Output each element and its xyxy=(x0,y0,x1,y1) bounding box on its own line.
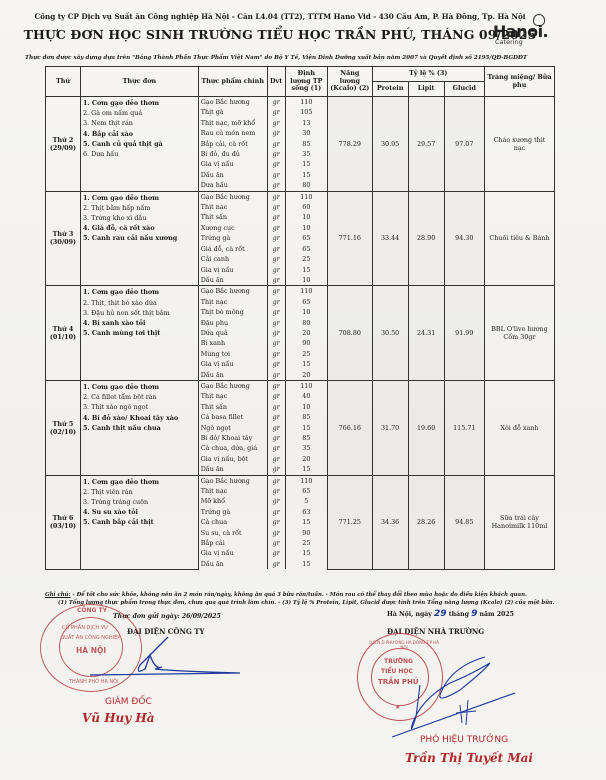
dish-item: 2. Thịt viên rán xyxy=(83,487,196,497)
ingredient-quantity: 10 xyxy=(285,307,327,317)
header-dessert: Tráng miệng/ Bữa phụ xyxy=(484,67,554,97)
stamp-text: CÔNG TY xyxy=(77,607,107,614)
ingredient-unit: gr xyxy=(267,486,285,496)
ingredient-unit: gr xyxy=(267,307,285,317)
ingredient-name: Dứa quả xyxy=(198,328,267,338)
ingredient-quantity: 20 xyxy=(285,328,327,338)
header-unit: Dvt xyxy=(267,67,285,97)
ingredient-quantity: 15 xyxy=(285,423,327,433)
lipid-value: 19.60 xyxy=(408,380,444,475)
ingredient-quantity: 15 xyxy=(285,359,327,369)
day-label: Thứ 5 xyxy=(48,420,78,428)
protein-value: 30.50 xyxy=(372,286,408,381)
day-cell: Thứ 2(29/09) xyxy=(46,97,81,192)
ingredient-name: Thịt nạc xyxy=(198,486,267,496)
ingredient-name: Thịt nạc xyxy=(198,391,267,401)
ingredient-name: Thịt nạc, mỡ khổ xyxy=(198,118,267,128)
ingredient-name: Su su, cà rốt xyxy=(198,528,267,538)
dish-item: 5. Canh rau cải nấu xương xyxy=(83,233,196,243)
ingredient-quantity: 60 xyxy=(285,202,327,212)
ingredient-unit: gr xyxy=(267,349,285,359)
ingredient-unit: gr xyxy=(267,328,285,338)
ingredient-unit: gr xyxy=(267,391,285,401)
dish-item: 5. Canh củ quả thịt gà xyxy=(83,139,196,149)
dish-item: 3. Nem thịt rán xyxy=(83,118,196,128)
dish-item: 5. Canh thịt nấu chua xyxy=(83,423,196,433)
table-row: Thứ 5(02/10)1. Cơm gạo dẻo thơm2. Cá fil… xyxy=(46,380,555,391)
note-label: Ghi chú: xyxy=(45,592,71,598)
ingredient-name: Cà chua, dứa, giá xyxy=(198,443,267,453)
ingredient-name: Dầu ăn xyxy=(198,370,267,381)
ingredient-name: Gạo Bắc hương xyxy=(198,97,267,108)
ingredient-unit: gr xyxy=(267,402,285,412)
ingredient-unit: gr xyxy=(267,548,285,558)
ingredient-name: Bí xanh xyxy=(198,338,267,348)
dish-item: 1. Cơm gạo dẻo thơm xyxy=(83,193,196,203)
ingredient-quantity: 15 xyxy=(285,464,327,475)
ingredient-name: Thịt nạc xyxy=(198,297,267,307)
ingredient-unit: gr xyxy=(267,286,285,297)
dessert-cell: Xôi đỗ xanh xyxy=(484,380,554,475)
lipid-value: 29.57 xyxy=(408,97,444,192)
glucid-value: 91.99 xyxy=(444,286,484,381)
energy-value: 778.29 xyxy=(328,97,373,192)
page-title: THỰC ĐƠN HỌC SINH TRƯỜNG TIỂU HỌC TRẦN P… xyxy=(0,27,560,42)
ingredient-name: Giá đỗ, cà rốt xyxy=(198,244,267,254)
ingredient-name: Mỡ khổ xyxy=(198,496,267,506)
energy-value: 771.25 xyxy=(328,475,373,569)
ingredient-quantity: 10 xyxy=(285,223,327,233)
menu-table-body: Thứ 2(29/09)1. Cơm gạo dẻo thơm2. Gà om … xyxy=(46,97,555,570)
ingredient-unit: gr xyxy=(267,139,285,149)
ingredient-unit: gr xyxy=(267,538,285,548)
protein-value: 30.95 xyxy=(372,97,408,192)
dish-item: 4. Bắp cải xào xyxy=(83,129,196,139)
ingredient-quantity: 65 xyxy=(285,244,327,254)
ingredient-unit: gr xyxy=(267,202,285,212)
header-lipid: Lipit xyxy=(408,82,444,97)
company-signature-icon xyxy=(80,635,250,680)
dessert-cell: Cháo xương thịt nạc xyxy=(484,97,554,192)
header-day: Thứ xyxy=(46,67,81,97)
dish-item: 3. Trứng tráng cuộn xyxy=(83,497,196,507)
dish-item: 1. Cơm gạo dẻo thơm xyxy=(83,382,196,392)
ingredient-unit: gr xyxy=(267,517,285,527)
ingredient-unit: gr xyxy=(267,559,285,569)
table-row: Thứ 6(03/10)1. Cơm gạo dẻo thơm2. Thịt v… xyxy=(46,475,555,486)
ingredient-quantity: 13 xyxy=(285,118,327,128)
ingredient-name: Ngô ngọt xyxy=(198,423,267,433)
ingredient-quantity: 25 xyxy=(285,349,327,359)
note-text-1: - Để tốt cho sức khỏe, không nên ăn 2 mó… xyxy=(72,592,526,598)
table-row: Thứ 3(30/09)1. Cơm gạo dẻo thơm2. Thịt b… xyxy=(46,191,555,202)
ingredient-name: Thịt sấn xyxy=(198,402,267,412)
ingredient-unit: gr xyxy=(267,412,285,422)
day-cell: Thứ 3(30/09) xyxy=(46,191,81,286)
ingredient-unit: gr xyxy=(267,370,285,381)
company-address: Công ty CP Dịch vụ Suất ăn Công nghiệp H… xyxy=(0,12,560,21)
note-line-2: (1) Tổng lượng thực phẩm trong thực đơn,… xyxy=(58,600,578,606)
dish-item: 4. Su su xào tỏi xyxy=(83,507,196,517)
ingredient-quantity: 20 xyxy=(285,370,327,381)
dish-item: 1. Cơm gạo dẻo thơm xyxy=(83,287,196,297)
ingredient-quantity: 80 xyxy=(285,318,327,328)
day-date: (29/09) xyxy=(48,144,78,152)
ingredient-unit: gr xyxy=(267,254,285,264)
dish-item: 5. Canh bắp cải thịt xyxy=(83,517,196,527)
ingredient-unit: gr xyxy=(267,97,285,108)
ingredient-name: Dưa hấu xyxy=(198,180,267,191)
ingredient-quantity: 10 xyxy=(285,212,327,222)
ingredient-name: Cà chua xyxy=(198,517,267,527)
dish-item: 4. Giá đỗ, cà rốt xào xyxy=(83,223,196,233)
ingredient-name: Gạo Bắc hương xyxy=(198,286,267,297)
dish-item: 1. Cơm gạo dẻo thơm xyxy=(83,477,196,487)
dish-item: 6. Dưa hấu xyxy=(83,149,196,159)
ingredient-quantity: 15 xyxy=(285,159,327,169)
ingredient-quantity: 65 xyxy=(285,233,327,243)
dishes-cell: 1. Cơm gạo dẻo thơm2. Thịt, thịt bò xào … xyxy=(80,286,198,381)
ingredient-quantity: 63 xyxy=(285,507,327,517)
ingredient-unit: gr xyxy=(267,380,285,391)
dish-item: 2. Thịt, thịt bò xào dứa xyxy=(83,298,196,308)
ingredient-name: Gạo Bắc hương xyxy=(198,380,267,391)
dessert-cell: Chuối tiêu & Bánh xyxy=(484,191,554,286)
ingredient-unit: gr xyxy=(267,275,285,286)
dish-item: 3. Thịt xào ngô ngọt xyxy=(83,402,196,412)
ingredient-name: Dầu ăn xyxy=(198,559,267,569)
company-signer-name: Vũ Huy Hà xyxy=(82,711,155,725)
school-signer-name: Trần Thị Tuyết Mai xyxy=(405,751,533,765)
ingredient-unit: gr xyxy=(267,338,285,348)
ingredient-quantity: 110 xyxy=(285,475,327,486)
ingredient-name: Thịt gà xyxy=(198,107,267,117)
ingredient-name: Rau củ món nem xyxy=(198,128,267,138)
ingredient-unit: gr xyxy=(267,297,285,307)
ingredient-name: Gạo Bắc hương xyxy=(198,191,267,202)
ingredient-name: Gia vị nấu xyxy=(198,548,267,558)
dessert-cell: Sữa trái cây Hanoimilk 110ml xyxy=(484,475,554,569)
place-date-month: 9 xyxy=(471,609,477,619)
ingredient-name: Cải canh xyxy=(198,254,267,264)
dessert-cell: BBL O'live hương Cốm 30gr xyxy=(484,286,554,381)
ingredient-quantity: 65 xyxy=(285,486,327,496)
ingredient-unit: gr xyxy=(267,128,285,138)
ingredient-unit: gr xyxy=(267,359,285,369)
dish-item: 2. Thịt bằm hấp nấm xyxy=(83,203,196,213)
ingredient-quantity: 85 xyxy=(285,412,327,422)
place-date: Hà Nội, ngày 29 tháng 9 năm 2025 xyxy=(387,609,514,619)
day-date: (02/10) xyxy=(48,428,78,436)
day-label: Thứ 4 xyxy=(48,325,78,333)
school-signer-position: PHÓ HIỆU TRƯỞNG xyxy=(420,735,508,745)
menu-subtitle: Thực đơn được xây dựng dựa trên "Bảng Th… xyxy=(25,55,585,61)
ingredient-quantity: 40 xyxy=(285,391,327,401)
dish-item: 3. Đậu hủ non sốt thịt bằm xyxy=(83,308,196,318)
ingredient-unit: gr xyxy=(267,180,285,191)
place-date-prefix: Hà Nội, ngày xyxy=(387,611,432,618)
stamp-text: CỔ PHẦN DỊCH VỤ xyxy=(62,625,108,631)
ingredient-name: Xương cục xyxy=(198,223,267,233)
header-glucid: Glucid xyxy=(444,82,484,97)
ingredient-quantity: 85 xyxy=(285,433,327,443)
ingredient-name: Cá basa fillet xyxy=(198,412,267,422)
day-date: (03/10) xyxy=(48,522,78,530)
ingredient-quantity: 80 xyxy=(285,180,327,191)
ingredient-quantity: 65 xyxy=(285,297,327,307)
header-ratio: Tỷ lệ % (3) xyxy=(372,67,484,82)
dish-item: 2. Cá fillet tẩm bột rán xyxy=(83,392,196,402)
header-menu: Thực đơn xyxy=(80,67,198,97)
protein-value: 33.44 xyxy=(372,191,408,286)
hanoi-catering-logo: Hanoi. Catering xyxy=(493,14,553,48)
dishes-cell: 1. Cơm gạo dẻo thơm2. Cá fillet tẩm bột … xyxy=(80,380,198,475)
ingredient-quantity: 15 xyxy=(285,559,327,569)
ingredient-unit: gr xyxy=(267,149,285,159)
ingredient-name: Đậu phụ xyxy=(198,318,267,328)
ingredient-unit: gr xyxy=(267,433,285,443)
ingredient-name: Thịt sấn xyxy=(198,212,267,222)
ingredient-quantity: 30 xyxy=(285,128,327,138)
ingredient-unit: gr xyxy=(267,265,285,275)
ingredient-quantity: 15 xyxy=(285,517,327,527)
day-cell: Thứ 5(02/10) xyxy=(46,380,81,475)
glucid-value: 97.07 xyxy=(444,97,484,192)
table-row: Thứ 2(29/09)1. Cơm gạo dẻo thơm2. Gà om … xyxy=(46,97,555,108)
ingredient-unit: gr xyxy=(267,443,285,453)
ingredient-quantity: 110 xyxy=(285,380,327,391)
day-cell: Thứ 4(01/10) xyxy=(46,286,81,381)
ingredient-unit: gr xyxy=(267,191,285,202)
ingredient-unit: gr xyxy=(267,212,285,222)
company-signer-position: GIÁM ĐỐC xyxy=(105,697,152,707)
ingredient-unit: gr xyxy=(267,118,285,128)
ingredient-name: Bắp cải, cà rốt xyxy=(198,139,267,149)
ingredient-name: Gia vị nấu, bột xyxy=(198,454,267,464)
ingredient-unit: gr xyxy=(267,159,285,169)
ingredient-quantity: 110 xyxy=(285,286,327,297)
ingredient-quantity: 15 xyxy=(285,265,327,275)
menu-document: Công ty CP Dịch vụ Suất ăn Công nghiệp H… xyxy=(0,0,606,780)
energy-value: 766.16 xyxy=(328,380,373,475)
ingredient-unit: gr xyxy=(267,454,285,464)
table-row: Thứ 4(01/10)1. Cơm gạo dẻo thơm2. Thịt, … xyxy=(46,286,555,297)
ingredient-name: Thịt bò mông xyxy=(198,307,267,317)
protein-value: 34.36 xyxy=(372,475,408,569)
ingredient-quantity: 10 xyxy=(285,275,327,286)
day-date: (30/09) xyxy=(48,238,78,246)
day-label: Thứ 2 xyxy=(48,136,78,144)
note-line-1: Ghi chú: - Để tốt cho sức khỏe, không nê… xyxy=(45,592,565,598)
day-label: Thứ 6 xyxy=(48,514,78,522)
ingredient-name: Gia vị nấu xyxy=(198,159,267,169)
ingredient-unit: gr xyxy=(267,223,285,233)
glucid-value: 94.30 xyxy=(444,191,484,286)
header-quantity: Định lượng TP sống (1) xyxy=(285,67,327,97)
ingredient-unit: gr xyxy=(267,170,285,180)
header-protein: Protein xyxy=(372,82,408,97)
ingredient-quantity: 25 xyxy=(285,538,327,548)
ingredient-unit: gr xyxy=(267,233,285,243)
ingredient-quantity: 110 xyxy=(285,191,327,202)
ingredient-name: Gia vị nấu xyxy=(198,359,267,369)
ingredient-unit: gr xyxy=(267,528,285,538)
header-energy: Năng lượng (Kcalo) (2) xyxy=(328,67,373,97)
ingredient-quantity: 15 xyxy=(285,548,327,558)
ingredient-name: Dầu ăn xyxy=(198,170,267,180)
ingredient-quantity: 35 xyxy=(285,443,327,453)
ingredient-name: Gia vị nấu xyxy=(198,265,267,275)
ingredient-name: Dầu ăn xyxy=(198,464,267,475)
energy-value: 771.16 xyxy=(328,191,373,286)
stamp-text: U.B.N.D PHƯỜNG HÀ ĐÔNG T.P HÀ NỘI xyxy=(366,640,442,650)
day-date: (01/10) xyxy=(48,333,78,341)
ingredient-name: Mùng tơi xyxy=(198,349,267,359)
menu-table: Thứ Thực đơn Thực phẩm chính Dvt Định lư… xyxy=(45,66,555,570)
ingredient-name: Trứng gà xyxy=(198,233,267,243)
dish-item: 4. Bí đỏ xào/ Khoai tây xào xyxy=(83,413,196,423)
ingredient-unit: gr xyxy=(267,475,285,486)
ingredient-quantity: 20 xyxy=(285,454,327,464)
glucid-value: 94.85 xyxy=(444,475,484,569)
lipid-value: 28.26 xyxy=(408,475,444,569)
ingredient-name: Bí đỏ, đu đủ xyxy=(198,149,267,159)
dishes-cell: 1. Cơm gạo dẻo thơm2. Gà om nấm quả3. Ne… xyxy=(80,97,198,192)
ingredient-unit: gr xyxy=(267,423,285,433)
dish-item: 2. Gà om nấm quả xyxy=(83,108,196,118)
energy-value: 708.80 xyxy=(328,286,373,381)
ingredient-unit: gr xyxy=(267,464,285,475)
ingredient-quantity: 35 xyxy=(285,149,327,159)
lipid-value: 28.90 xyxy=(408,191,444,286)
dish-item: 4. Bí xanh xào tỏi xyxy=(83,318,196,328)
ingredient-quantity: 90 xyxy=(285,338,327,348)
dishes-cell: 1. Cơm gạo dẻo thơm2. Thịt viên rán3. Tr… xyxy=(80,475,198,569)
dish-item: 3. Trứng kho xì dầu xyxy=(83,213,196,223)
protein-value: 31.70 xyxy=(372,380,408,475)
ingredient-unit: gr xyxy=(267,507,285,517)
ingredient-name: Bắp cải xyxy=(198,538,267,548)
ingredient-quantity: 85 xyxy=(285,139,327,149)
ingredient-quantity: 25 xyxy=(285,254,327,264)
logo-sub: Catering xyxy=(495,38,523,46)
ingredient-unit: gr xyxy=(267,244,285,254)
ingredient-name: Dầu ăn xyxy=(198,275,267,286)
dish-item: 1. Cơm gạo dẻo thơm xyxy=(83,98,196,108)
place-date-day: 29 xyxy=(434,609,447,619)
day-cell: Thứ 6(03/10) xyxy=(46,475,81,569)
ingredient-unit: gr xyxy=(267,107,285,117)
lipid-value: 24.31 xyxy=(408,286,444,381)
dishes-cell: 1. Cơm gạo dẻo thơm2. Thịt bằm hấp nấm3.… xyxy=(80,191,198,286)
ingredient-unit: gr xyxy=(267,496,285,506)
ingredient-quantity: 105 xyxy=(285,107,327,117)
place-date-mid: tháng xyxy=(449,611,469,618)
ingredient-quantity: 5 xyxy=(285,496,327,506)
ingredient-name: Trứng gà xyxy=(198,507,267,517)
ingredient-name: Bí đỏ/ Khoai tây xyxy=(198,433,267,443)
ingredient-quantity: 10 xyxy=(285,402,327,412)
ingredient-name: Gạo Bắc hương xyxy=(198,475,267,486)
ingredient-quantity: 110 xyxy=(285,97,327,108)
day-label: Thứ 3 xyxy=(48,230,78,238)
ingredient-name: Thịt nạc xyxy=(198,202,267,212)
place-date-suffix: năm 2025 xyxy=(480,611,514,618)
school-signature-icon xyxy=(390,655,530,740)
ingredient-quantity: 15 xyxy=(285,170,327,180)
glucid-value: 115.71 xyxy=(444,380,484,475)
ingredient-unit: gr xyxy=(267,318,285,328)
ingredient-quantity: 90 xyxy=(285,528,327,538)
dish-item: 5. Canh mùng tơi thịt xyxy=(83,328,196,338)
header-ingredient: Thực phẩm chính xyxy=(198,67,267,97)
